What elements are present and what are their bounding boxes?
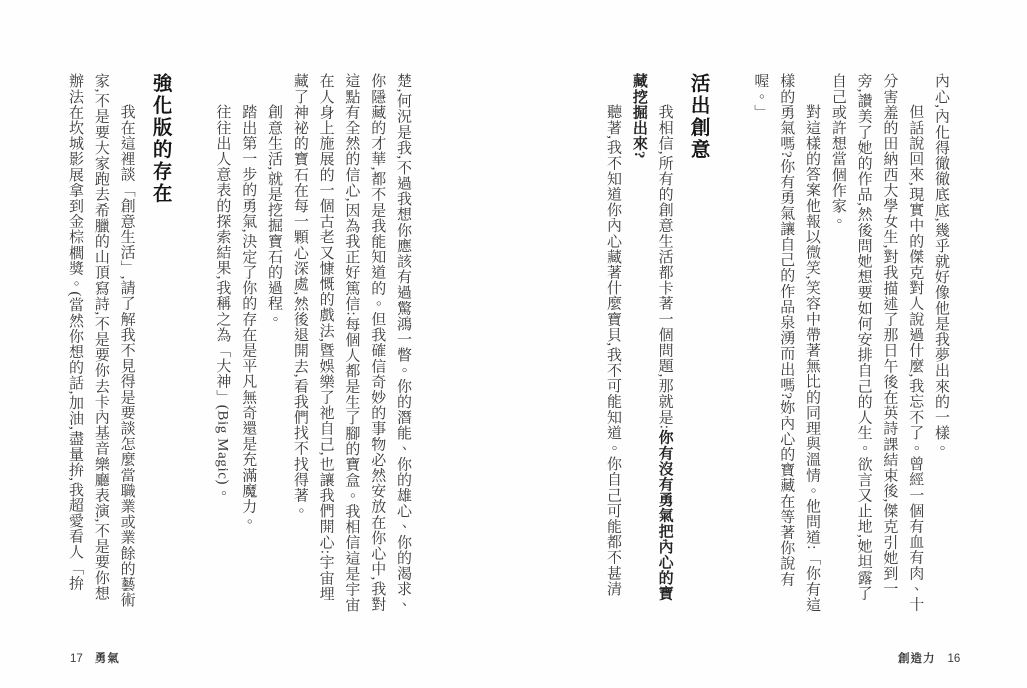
text-column: 分害羞的田納西大學女生,對我描述了那日午後在英詩課結束後,傑克引她到一 (876, 73, 902, 673)
text-column: 藏了神祕的寶石在每一顆心深處,然後退開去,看我們找不找得著。 (286, 73, 312, 673)
text-column: 但話說回來,現實中的傑克對人說過什麼,我忘不了。曾經一個有血有肉、十 (901, 73, 927, 673)
footer-right: 創造力 16 (898, 650, 960, 666)
vertical-text-block-right: 內心,內化得徹徹底底,幾乎就好像他是我夢出來的一樣。但話說回來,現實中的傑克對人… (599, 73, 953, 673)
chapter-title-right: 創造力 (898, 650, 936, 666)
text-column: 往往出人意表的探索結果,我稱之為「大神」(Big Magic)。 (209, 73, 235, 673)
chapter-title-left: 勇氣 (95, 650, 120, 666)
text-column: 創意生活,就是挖掘寶石的過程。 (260, 73, 286, 673)
text-column: 我相信,所有的創意生活都卡著一個問題,那就是:你有沒有勇氣把內心的寶 (651, 73, 677, 673)
text-column: 內心,內化得徹徹底底,幾乎就好像他是我夢出來的一樣。 (927, 73, 953, 673)
text-column: 對這樣的答案他報以微笑,笑容中帶著無比的同理與溫情。他問道:「你有這 (798, 73, 824, 673)
text-column: 這點有全然的信心,因為我正好篤信:每個人都是生了腳的寶盒。我相信這是宇宙 (338, 73, 364, 673)
text-column: 辦法在坎城影展拿到金棕櫚獎。(當然你想的話,加油,盡量拚,我超愛看人「拚 (61, 73, 87, 673)
footer-left: 17 勇氣 (70, 650, 120, 666)
page-number-left: 17 (70, 653, 83, 665)
page-number-right: 16 (948, 653, 961, 665)
text-column: 我在這裡談「創意生活」,請了解我不見得是要談怎麼當職業或業餘的藝術 (113, 73, 139, 673)
text-column: 藏挖掘出來? (625, 73, 651, 673)
section-heading: 強化版的存在 (149, 73, 173, 673)
text-column: 在人身上施展的一個古老又慷慨的戲法,暨娛樂了祂自己,也讓我們開心:宇宙埋 (312, 73, 338, 673)
text-column: 自己或許想當個作家。 (824, 73, 850, 673)
book-spread: 楚,何況是我,不過我想你應該有過驚鴻一瞥。你的潛能、你的雄心、你的渴求、你隱藏的… (0, 0, 1027, 688)
text-column: 旁,讚美了她的作品,然後問她想要如何安排自己的人生。欲言又止地,她坦露了 (850, 73, 876, 673)
text-column: 樣的勇氣嗎?你有勇氣讓自己的作品泉湧而出嗎?妳內心的寶藏在等著你說有 (772, 73, 798, 673)
section-heading: 活出創意 (687, 73, 711, 673)
text-column: 家,不是要大家跑去希臘的山頂寫詩,不是要你去卡內基音樂廳表演,不是要你想 (87, 73, 113, 673)
text-column: 聽著,我不知道你內心藏著什麼寶貝,我不可能知道。你自己可能都不甚清 (599, 73, 625, 673)
text-column: 踏出第一步的勇氣,決定了你的存在是平凡無奇還是充滿魔力。 (234, 73, 260, 673)
text-column: 楚,何況是我,不過我想你應該有過驚鴻一瞥。你的潛能、你的雄心、你的渴求、 (389, 73, 415, 673)
text-column: 喔。」 (747, 73, 773, 673)
text-column: 你隱藏的才華,都不是我能知道的。但我確信奇妙的事物必然安放在你心中,我對 (363, 73, 389, 673)
vertical-text-block-left: 楚,何況是我,不過我想你應該有過驚鴻一瞥。你的潛能、你的雄心、你的渴求、你隱藏的… (61, 73, 415, 673)
